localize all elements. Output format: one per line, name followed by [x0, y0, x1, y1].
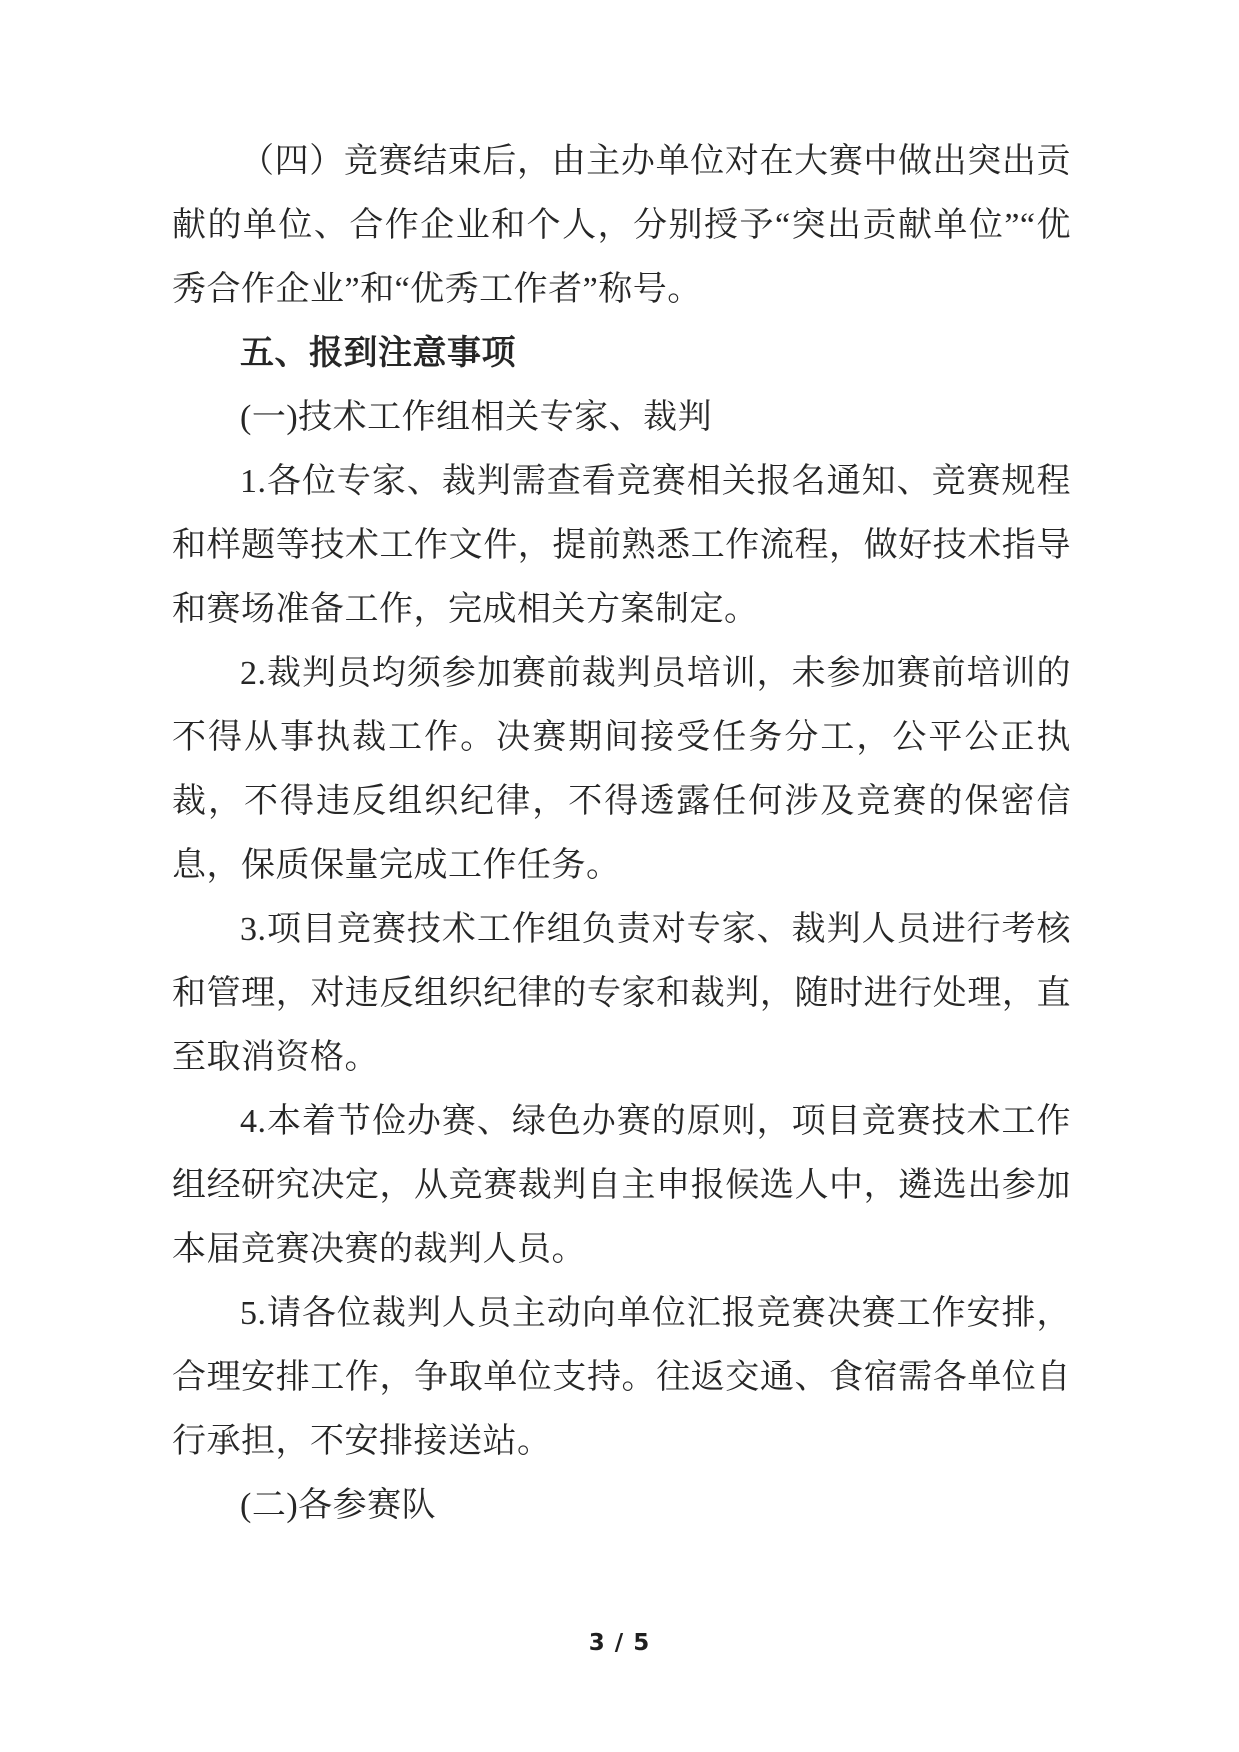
paragraph: 4.本着节俭办赛、绿色办赛的原则，项目竞赛技术工作组经研究决定，从竞赛裁判自主申…: [172, 1090, 1071, 1282]
paragraph: (一)技术工作组相关专家、裁判: [172, 386, 1071, 450]
paragraph: 5.请各位裁判人员主动向单位汇报竞赛决赛工作安排，合理安排工作，争取单位支持。往…: [172, 1282, 1071, 1474]
document-body: （四）竞赛结束后，由主办单位对在大赛中做出突出贡献的单位、合作企业和个人，分别授…: [172, 130, 1071, 1538]
paragraph: 3.项目竞赛技术工作组负责对专家、裁判人员进行考核和管理，对违反组织纪律的专家和…: [172, 898, 1071, 1090]
paragraph: （四）竞赛结束后，由主办单位对在大赛中做出突出贡献的单位、合作企业和个人，分别授…: [172, 130, 1071, 322]
paragraph: (二)各参赛队: [172, 1474, 1071, 1538]
document-page: （四）竞赛结束后，由主办单位对在大赛中做出突出贡献的单位、合作企业和个人，分别授…: [0, 0, 1239, 1752]
section-heading: 五、报到注意事项: [172, 322, 1071, 386]
paragraph: 2.裁判员均须参加赛前裁判员培训，未参加赛前培训的不得从事执裁工作。决赛期间接受…: [172, 642, 1071, 898]
paragraph: 1.各位专家、裁判需查看竞赛相关报名通知、竞赛规程和样题等技术工作文件，提前熟悉…: [172, 450, 1071, 642]
page-number: 3 / 5: [0, 1630, 1239, 1656]
